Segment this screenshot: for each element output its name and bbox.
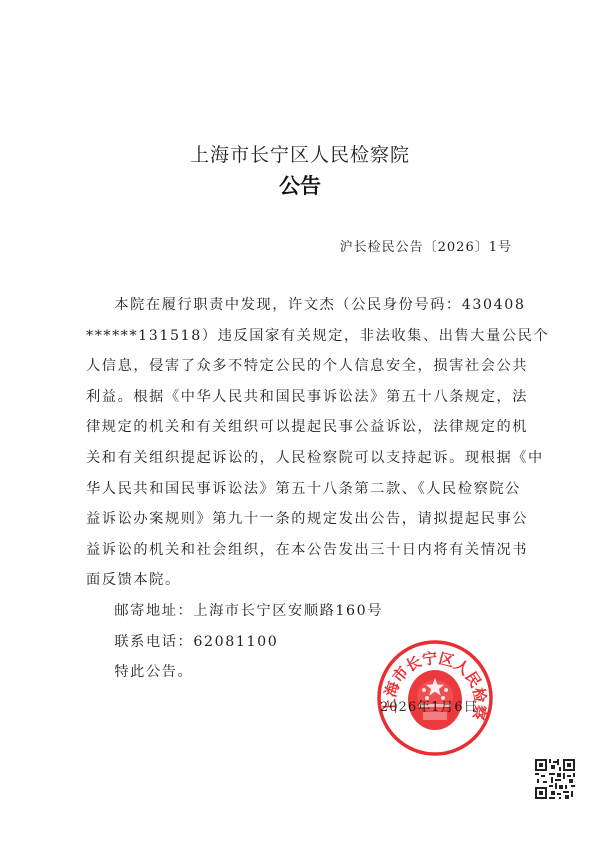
body-line: ******131518）违反国家有关规定，非法收集、出售大量公民个 bbox=[86, 321, 518, 352]
body-line: 本院在履行职责中发现，许文杰（公民身份号码：430408 bbox=[86, 290, 518, 321]
body-line: 华人民共和国民事诉讼法》第五十八条第二款、《人民检察院公 bbox=[86, 474, 518, 505]
body-line: 面反馈本院。 bbox=[86, 565, 518, 596]
org-title: 上海市长宁区人民检察院 bbox=[0, 140, 600, 167]
doc-number: 沪长检民公告〔2026〕1号 bbox=[340, 236, 512, 255]
body-line: 益诉讼办案规则》第九十一条的规定发出公告，请拟提起民事公 bbox=[86, 504, 518, 535]
doc-title: 公告 bbox=[0, 170, 600, 200]
official-seal: 上海市长宁区人民检察院 bbox=[375, 638, 495, 758]
qr-code[interactable] bbox=[533, 757, 577, 801]
body-line: 益诉讼的机关和社会组织，在本公告发出三十日内将有关情况书 bbox=[86, 535, 518, 566]
body-line: 关和有关组织提起诉讼的，人民检察院可以支持起诉。现根据《中 bbox=[86, 443, 518, 474]
body-line: 人信息，侵害了众多不特定公民的个人信息安全，损害社会公共 bbox=[86, 351, 518, 382]
mailing-address: 邮寄地址：上海市长宁区安顺路160号 bbox=[86, 596, 518, 627]
body-line: 律规定的机关和有关组织可以提起民事公益诉讼，法律规定的机 bbox=[86, 412, 518, 443]
qr-code-icon bbox=[533, 757, 577, 801]
seal-icon: 上海市长宁区人民检察院 bbox=[375, 638, 495, 758]
body-line: 利益。根据《中华人民共和国民事诉讼法》第五十八条规定，法 bbox=[86, 382, 518, 413]
announcement-body: 本院在履行职责中发现，许文杰（公民身份号码：430408 ******13151… bbox=[86, 290, 518, 688]
